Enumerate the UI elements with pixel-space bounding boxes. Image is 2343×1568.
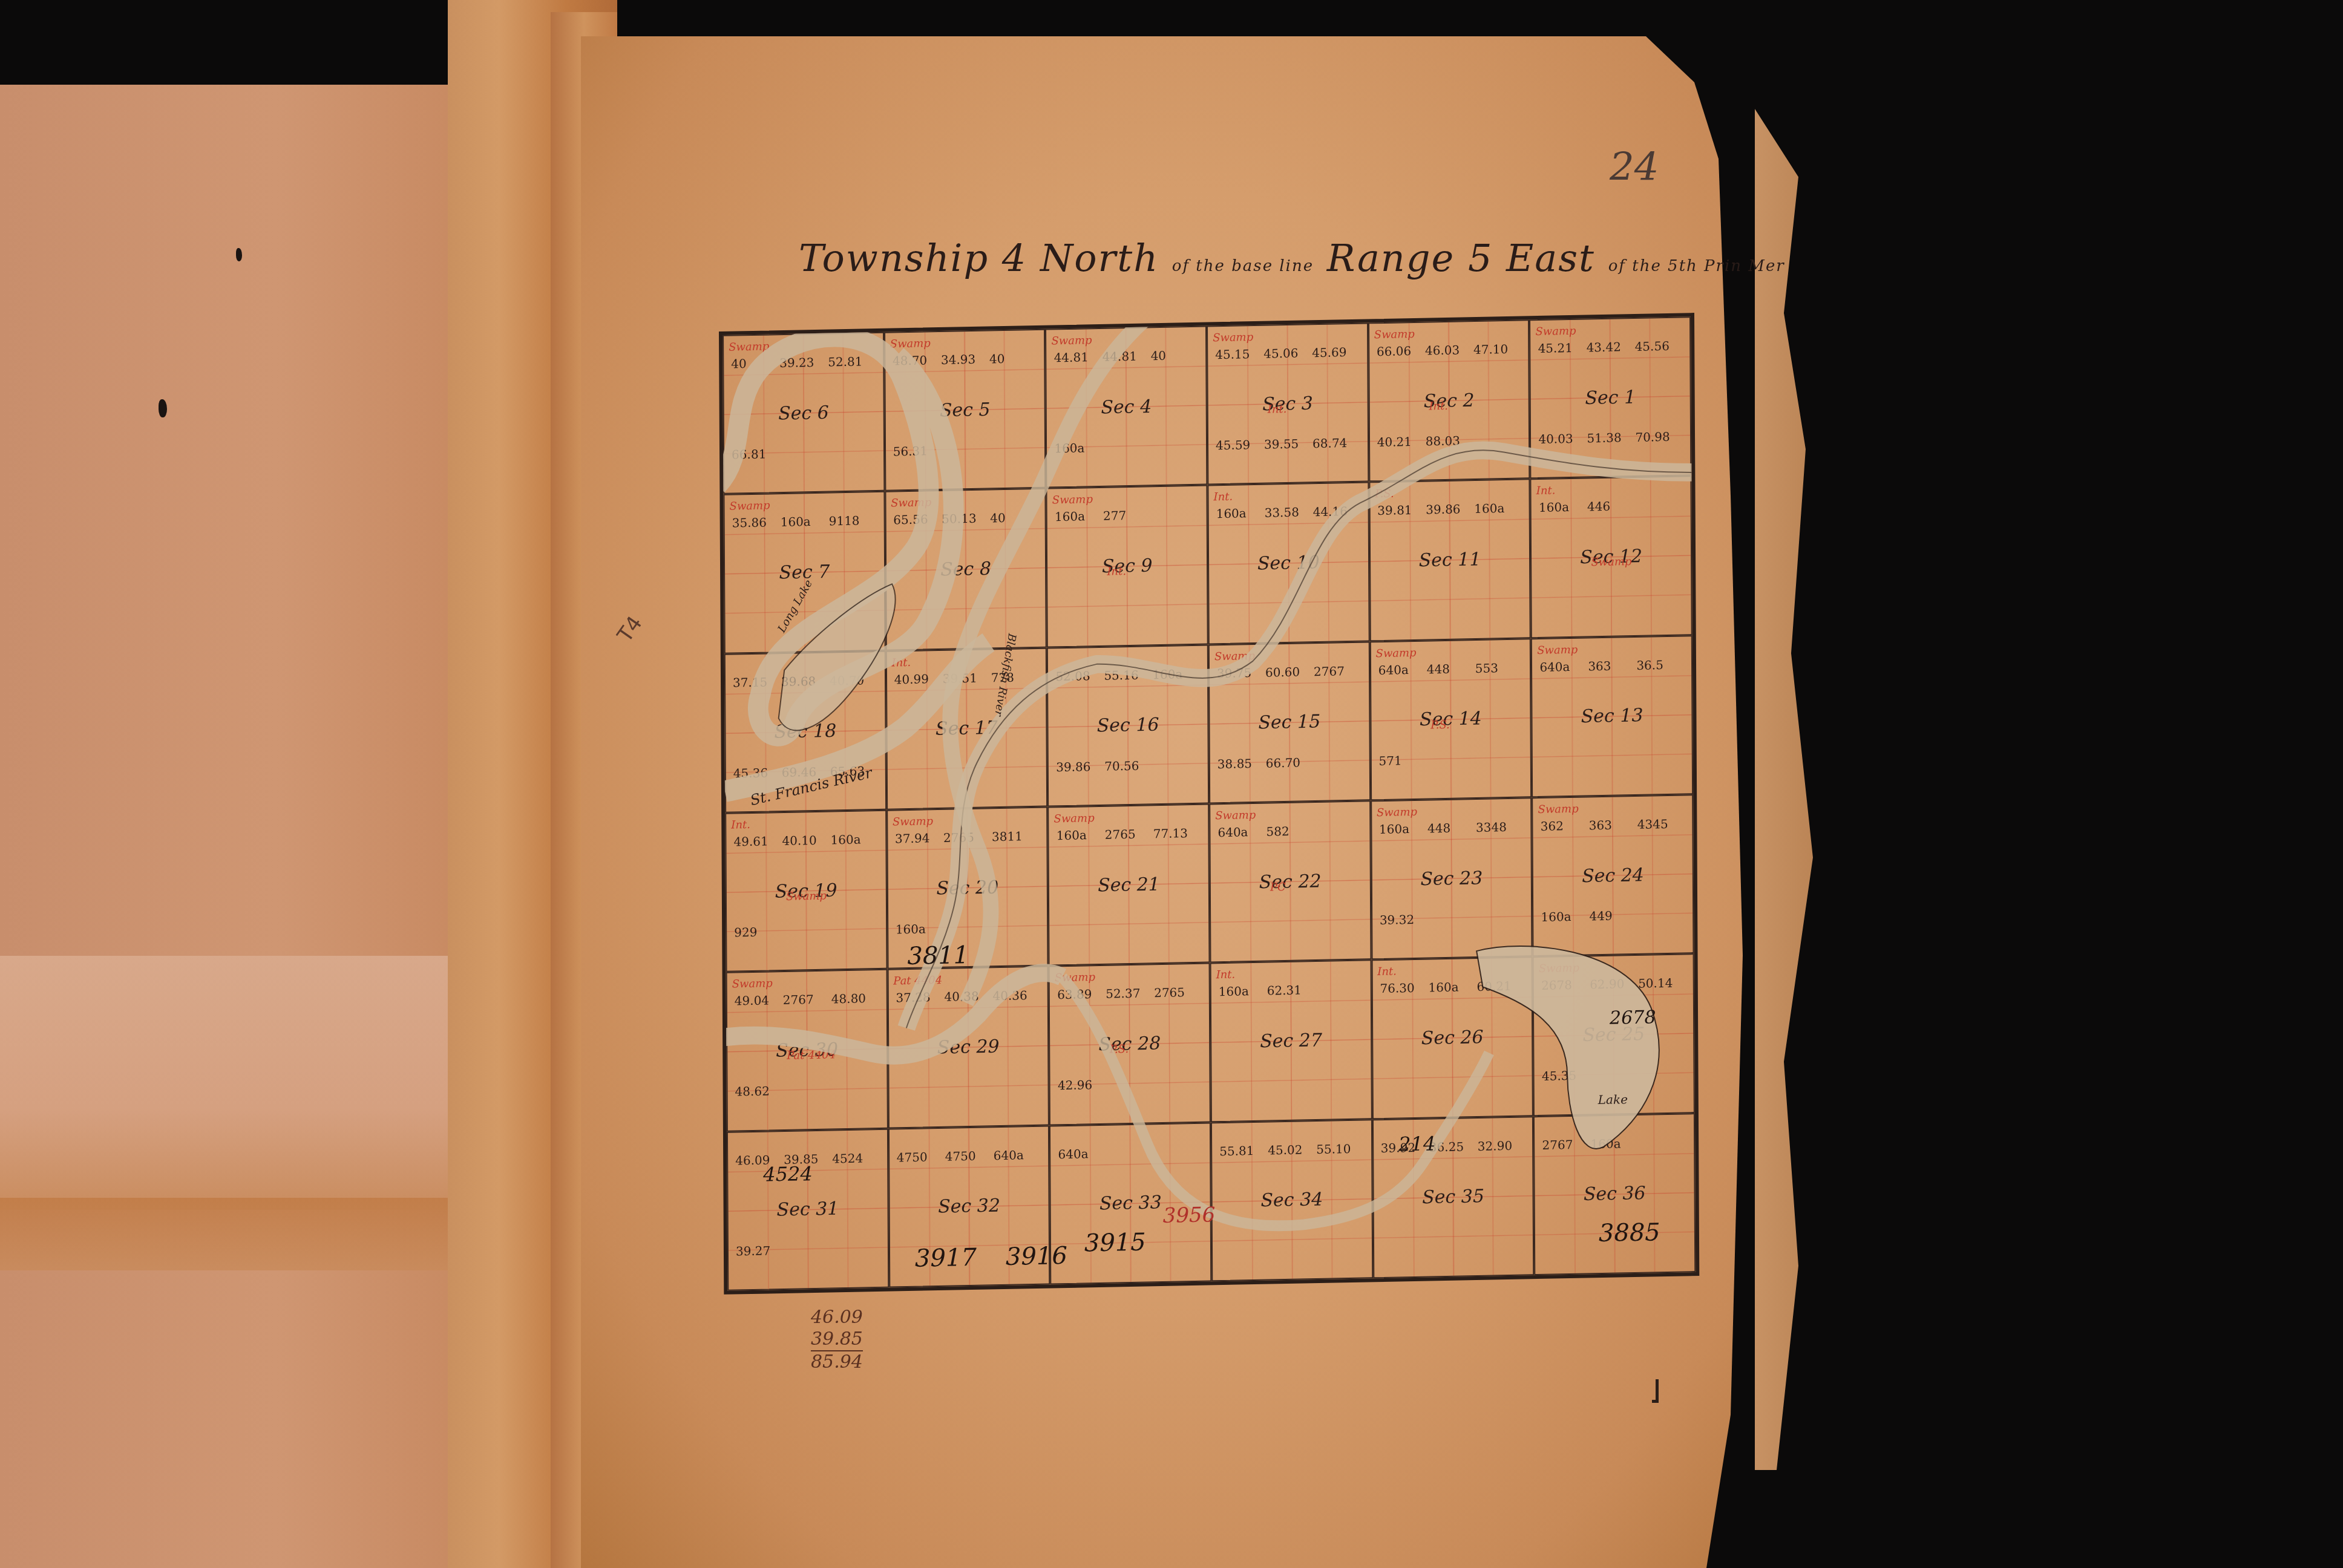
entry-number: 4524 — [763, 1162, 813, 1186]
tract-acreage: 55.81 — [1219, 1143, 1254, 1158]
section-note: Swamp — [1539, 962, 1579, 975]
section-12: Sec 12Int.Swamp160a446 — [1530, 475, 1693, 638]
tract-acreage: 571 — [1378, 753, 1401, 768]
tract-acreage: 4750 — [945, 1149, 976, 1164]
section-note: Swamp — [1054, 812, 1095, 825]
tract-acreage: 2767 — [783, 992, 814, 1007]
tract-acreage: 448 — [1427, 661, 1450, 676]
tract-acreage: 39.86 — [1056, 759, 1090, 774]
tract-acreage: 70.56 — [1104, 758, 1139, 773]
tract-acreage: 76.30 — [1380, 981, 1414, 996]
section-note: Int. — [1213, 491, 1233, 504]
tract-acreage: 45.35 — [1542, 1068, 1576, 1083]
section-label: Sec 16 — [1097, 714, 1159, 737]
tract-acreage: 40.10 — [782, 833, 816, 848]
section-note: Int. — [1377, 965, 1397, 979]
section-note: Int. — [1429, 400, 1448, 413]
tract-acreage: 2765 — [1105, 827, 1136, 842]
tract-acreage: 640a — [1539, 659, 1570, 675]
tract-acreage: 50.13 — [942, 511, 976, 526]
tract-acreage: 52.37 — [1106, 986, 1140, 1001]
section-note: Pat 4404 — [893, 974, 942, 988]
section-label: Sec 24 — [1582, 864, 1644, 887]
tract-acreage: 40 — [731, 356, 747, 371]
tract-acreage: 55.10 — [1316, 1142, 1351, 1157]
tract-acreage: 44.16 — [1313, 504, 1348, 519]
section-label: Sec 20 — [936, 877, 998, 899]
tract-acreage: 47.10 — [1473, 342, 1508, 357]
tract-acreage: 62.31 — [1267, 983, 1302, 998]
section-7: Sec 7Swamp35.86160a9118 — [723, 491, 885, 653]
tract-acreage: 2765 — [1154, 985, 1185, 1001]
tract-acreage: 45.21 — [1538, 341, 1573, 356]
tract-acreage: 2678 — [1541, 978, 1572, 993]
tract-acreage: 640a — [1217, 825, 1248, 840]
section-9: Sec 9SwampInt.160a277 — [1046, 485, 1208, 647]
tract-acreage: 45.36 — [733, 765, 768, 780]
section-note: Swamp — [1535, 325, 1576, 338]
tract-acreage: 160a — [1590, 1136, 1620, 1151]
section-29: Sec 29Pat 440437.2840.3840.36 — [887, 966, 1049, 1128]
tract-acreage: 33.58 — [1265, 505, 1299, 520]
map-title: Township 4 North of the base line Range … — [799, 236, 1682, 290]
page-number: 24 — [1610, 145, 1659, 190]
calc-line: 46.09 — [811, 1307, 863, 1328]
section-2: Sec 2SwampInt.66.0646.0347.1040.2188.03 — [1368, 319, 1530, 482]
entry-number: 2678 — [1610, 1007, 1656, 1028]
tract-acreage: 45.56 — [1635, 339, 1670, 354]
section-11: Sec 11P.S.39.8139.86160a — [1369, 479, 1531, 641]
section-note: Pat 4404 — [787, 1049, 836, 1063]
section-label: Sec 15 — [1258, 711, 1320, 734]
section-35: Sec 3539.9236.2532.90 — [1372, 1116, 1535, 1278]
ink-spot — [159, 399, 167, 417]
section-note: Swamp — [1051, 334, 1092, 347]
tract-acreage: 3811 — [992, 829, 1023, 844]
section-label: Sec 18 — [774, 720, 836, 743]
entry-number: 3917 — [915, 1244, 977, 1273]
township-plat: Sec 6Swamp4039.2352.8166.81Sec 5Swamp48.… — [719, 313, 1699, 1295]
tract-acreage: 45.06 — [1263, 346, 1298, 361]
section-label: Sec 26 — [1421, 1027, 1484, 1049]
tract-acreage: 40.21 — [1377, 434, 1412, 449]
entry-number: 3811 — [907, 941, 969, 970]
title-township-suffix: of the base line — [1172, 257, 1314, 275]
section-label: Sec 31 — [776, 1198, 839, 1221]
tract-acreage: 52.81 — [828, 354, 862, 369]
section-label: Sec 33 — [1099, 1192, 1162, 1215]
section-label: Sec 14 — [1420, 708, 1482, 731]
section-note: Swamp — [893, 815, 933, 828]
tract-acreage: 4524 — [832, 1151, 863, 1166]
tract-acreage: 929 — [734, 925, 757, 940]
section-note: Swamp — [1591, 555, 1631, 569]
tract-acreage: 160a — [1057, 828, 1087, 843]
section-note: Swamp — [1055, 971, 1095, 984]
paper-patch — [0, 956, 460, 1210]
tract-acreage: 3348 — [1476, 820, 1507, 835]
tract-acreage: 40.38 — [944, 989, 978, 1004]
section-label: Sec 8 — [940, 558, 991, 581]
tract-acreage: 9118 — [829, 514, 860, 529]
tract-acreage: 4345 — [1637, 817, 1668, 832]
tract-acreage: 35.86 — [732, 515, 767, 531]
tract-acreage: 160a — [1055, 509, 1085, 524]
tract-acreage: 37.15 — [733, 675, 767, 690]
tract-acreage: 160a — [1428, 980, 1458, 995]
tract-acreage: 553 — [1475, 661, 1498, 676]
section-16: Sec 1652.0855.16160a39.8670.56 — [1047, 644, 1209, 806]
tract-acreage: 160a — [1539, 500, 1569, 515]
section-note: Int. — [1536, 485, 1556, 498]
tract-acreage: 48.70 — [893, 353, 927, 368]
tract-acreage: 40.03 — [1538, 431, 1573, 446]
tract-acreage: 48.80 — [831, 991, 866, 1007]
section-6: Sec 6Swamp4039.2352.8166.81 — [723, 332, 885, 494]
title-township: Township 4 North — [799, 236, 1159, 280]
calc-total: 85.94 — [811, 1350, 863, 1373]
section-15: Sec 15Swamp39.7560.60276738.8566.70 — [1208, 641, 1371, 803]
section-label: Sec 36 — [1584, 1183, 1646, 1205]
section-28: Sec 28SwampP.S.63.8952.37276542.96 — [1049, 963, 1211, 1125]
tract-acreage: 160a — [896, 921, 926, 936]
tract-acreage: 52.08 — [1055, 668, 1090, 684]
section-34: Sec 3455.8145.0255.10 — [1211, 1119, 1373, 1281]
section-note: Swamp — [786, 890, 827, 903]
tract-acreage: 39.81 — [1377, 503, 1412, 518]
tract-acreage: 49.61 — [733, 834, 768, 849]
tract-acreage: 44.81 — [1054, 350, 1089, 365]
tract-acreage: 38.85 — [1217, 756, 1252, 771]
section-25: Sec 25Swamp267862.9050.1445.35 — [1533, 953, 1695, 1116]
section-1: Sec 1Swamp45.2143.4245.5640.0351.3870.98 — [1529, 316, 1691, 479]
section-note: Swamp — [1375, 647, 1416, 660]
section-grid: Sec 6Swamp4039.2352.8166.81Sec 5Swamp48.… — [723, 316, 1696, 1291]
tract-acreage: 39.68 — [781, 674, 816, 689]
tract-acreage: 160a — [1541, 909, 1571, 924]
calc-line: 39.85 — [811, 1328, 863, 1350]
tract-acreage: 640a — [994, 1148, 1024, 1163]
section-label: Sec 23 — [1420, 867, 1483, 890]
section-3: Sec 3SwampInt.45.1545.0645.6945.5939.556… — [1207, 322, 1369, 485]
tract-acreage: 160a — [1216, 506, 1247, 521]
margin-calculation: 46.09 39.85 85.94 — [811, 1307, 863, 1373]
section-27: Sec 27Int.160a62.31 — [1210, 960, 1372, 1122]
tract-acreage: 56.31 — [893, 443, 928, 459]
tract-acreage: 45.59 — [1216, 437, 1250, 452]
tract-acreage: 2767 — [1542, 1137, 1573, 1152]
section-17: Sec 17Int.40.9939.51778 — [885, 647, 1047, 809]
tract-acreage: 66.06 — [1377, 344, 1411, 359]
tract-acreage: 40.36 — [992, 988, 1027, 1004]
tract-acreage: 446 — [1587, 499, 1610, 514]
section-note: PC — [1270, 881, 1286, 893]
section-label: Sec 35 — [1422, 1186, 1484, 1209]
tract-acreage: 45.69 — [1312, 345, 1346, 360]
section-note: P.S. — [1110, 1043, 1129, 1056]
tract-acreage: 60.60 — [1265, 664, 1300, 679]
section-24: Sec 24Swamp3623634345160a449 — [1532, 794, 1694, 956]
section-note: Int. — [1107, 565, 1126, 578]
section-note: Int. — [891, 656, 911, 670]
section-26: Sec 26Int.76.30160a60.21 — [1371, 957, 1533, 1119]
water-stain — [0, 1198, 460, 1270]
section-label: Sec 5 — [940, 399, 991, 422]
tract-acreage: 2765 — [943, 830, 974, 845]
tract-acreage: 42.96 — [1058, 1077, 1092, 1093]
tract-acreage: 88.03 — [1426, 433, 1460, 448]
section-13: Sec 13Swamp640a36336.5 — [1531, 635, 1693, 797]
tract-acreage: 44.81 — [1103, 349, 1137, 364]
entry-number: 3915 — [1084, 1228, 1146, 1257]
tract-acreage: 640a — [1058, 1146, 1088, 1161]
tract-acreage: 77.13 — [1153, 826, 1188, 841]
tract-acreage: 60.21 — [1476, 979, 1511, 994]
section-label: Sec 10 — [1257, 552, 1320, 574]
tract-acreage: 160a — [830, 832, 860, 848]
tract-acreage: 40.99 — [894, 671, 929, 687]
section-5: Sec 5Swamp48.7034.934056.31 — [884, 329, 1046, 491]
section-label: Sec 27 — [1260, 1030, 1322, 1052]
tract-acreage: 68.74 — [1312, 436, 1347, 451]
tract-acreage: 160a — [1474, 501, 1504, 516]
tract-acreage: 45.15 — [1215, 347, 1250, 362]
tract-acreage: 449 — [1589, 909, 1612, 924]
tract-acreage: 62.90 — [1590, 977, 1624, 992]
section-label: Sec 11 — [1419, 549, 1481, 571]
corner-mark — [1652, 1379, 1659, 1403]
entry-number: 3885 — [1599, 1218, 1660, 1247]
tract-acreage: 39.23 — [779, 355, 814, 370]
tract-acreage: 448 — [1427, 821, 1450, 836]
tract-acreage: 362 — [1541, 818, 1564, 834]
section-label: Sec 13 — [1581, 705, 1643, 728]
tract-acreage: 160a — [1152, 667, 1182, 682]
section-note: Swamp — [732, 978, 773, 991]
tract-acreage: 66.70 — [1266, 755, 1300, 770]
section-note: Swamp — [1215, 809, 1256, 822]
entry-number: 3956 — [1163, 1203, 1216, 1228]
section-36: Sec 362767160a — [1533, 1113, 1696, 1275]
entry-number: 214 — [1398, 1132, 1435, 1155]
section-note: Swamp — [729, 340, 769, 353]
tract-acreage: 160a — [1219, 984, 1249, 999]
section-note: Swamp — [890, 337, 931, 350]
section-note: Int. — [1268, 403, 1287, 416]
section-label: Sec 32 — [938, 1195, 1000, 1218]
tract-acreage: 363 — [1588, 658, 1611, 673]
tract-acreage: 39.75 — [1217, 665, 1251, 681]
tract-acreage: 160a — [1379, 822, 1409, 837]
section-note: Int. — [731, 818, 750, 832]
section-note: P.S. — [1430, 718, 1450, 731]
title-range: Range 5 East — [1327, 236, 1595, 280]
section-label: Sec 1 — [1585, 387, 1636, 409]
label-lake: Lake — [1598, 1092, 1628, 1107]
tract-acreage: 40 — [990, 511, 1006, 525]
section-label: Sec 17 — [936, 717, 998, 740]
section-note: Int. — [1216, 969, 1236, 982]
tract-acreage: 32.90 — [1478, 1138, 1512, 1154]
tract-acreage: 46.03 — [1425, 342, 1460, 358]
tract-acreage: 43.42 — [1587, 339, 1621, 354]
section-8: Sec 8Swamp65.5650.1340 — [885, 488, 1047, 650]
section-4: Sec 4Swamp44.8144.8140160a — [1045, 326, 1207, 488]
tract-acreage: 49.04 — [735, 993, 769, 1008]
section-19: Sec 19Int.Swamp49.6140.10160a929 — [725, 810, 887, 972]
tract-acreage: 66.81 — [732, 446, 766, 462]
tract-acreage: 39.51 — [943, 670, 977, 685]
section-label: Sec 22 — [1259, 871, 1322, 893]
left-page — [0, 85, 460, 1568]
section-label: Sec 6 — [778, 402, 829, 425]
section-note: Swamp — [1377, 806, 1417, 819]
section-note: Swamp — [1538, 803, 1579, 816]
tract-acreage: 39.86 — [1426, 502, 1460, 517]
section-note: Swamp — [1213, 331, 1253, 344]
tract-acreage: 4750 — [897, 1149, 928, 1165]
section-note: Swamp — [729, 500, 770, 513]
tract-acreage: 40.70 — [830, 673, 864, 688]
tract-acreage: 640a — [1378, 662, 1409, 678]
tract-acreage: 45.02 — [1268, 1142, 1302, 1157]
entry-number: 3916 — [1006, 1242, 1067, 1271]
tract-acreage: 160a — [1054, 440, 1084, 456]
page-edge-tabs — [1755, 109, 1827, 1470]
section-note: Swamp — [1374, 328, 1415, 341]
tract-acreage: 37.28 — [896, 990, 930, 1005]
section-label: Sec 21 — [1098, 874, 1160, 896]
section-note: P.S. — [1375, 488, 1394, 501]
tract-acreage: 160a — [781, 514, 811, 529]
tract-acreage: 37.94 — [895, 831, 929, 846]
section-23: Sec 23Swamp160a448334839.32 — [1371, 797, 1533, 959]
tract-acreage: 39.27 — [736, 1243, 770, 1258]
section-note: Swamp — [1214, 650, 1255, 663]
tract-acreage: 65.56 — [893, 512, 928, 528]
section-label: Sec 28 — [1098, 1033, 1161, 1055]
tract-acreage: 582 — [1266, 824, 1289, 839]
section-14: Sec 14SwampP.S.640a448553571 — [1369, 638, 1532, 800]
section-22: Sec 22SwampPC640a582 — [1209, 800, 1371, 962]
tract-acreage: 70.98 — [1635, 430, 1670, 445]
tract-acreage: 40 — [989, 351, 1005, 366]
section-30: Sec 30SwampPat 440449.04276748.8048.62 — [726, 969, 888, 1131]
ink-spot — [236, 248, 242, 261]
section-10: Sec 10Int.160a33.5844.16 — [1207, 482, 1369, 644]
section-note: Swamp — [1052, 493, 1093, 506]
tract-acreage: 277 — [1103, 508, 1126, 523]
section-note: Swamp — [891, 497, 931, 510]
section-label: Sec 34 — [1260, 1189, 1323, 1212]
section-note: Swamp — [1537, 643, 1578, 656]
tract-acreage: 34.93 — [941, 352, 975, 367]
tract-acreage: 51.38 — [1587, 430, 1621, 445]
tract-acreage: 36.5 — [1636, 658, 1663, 673]
tract-acreage: 363 — [1589, 818, 1612, 833]
section-label: Sec 4 — [1101, 396, 1152, 418]
title-range-suffix: of the 5th Prin Mer — [1608, 257, 1785, 275]
tract-acreage: 2767 — [1314, 664, 1345, 679]
tract-acreage: 48.62 — [735, 1084, 770, 1099]
tract-acreage: 50.14 — [1638, 976, 1673, 991]
section-21: Sec 21Swamp160a276577.13 — [1047, 803, 1210, 965]
tract-acreage: 63.89 — [1057, 987, 1092, 1002]
tract-acreage: 39.32 — [1380, 912, 1414, 927]
tract-acreage: 39.55 — [1264, 437, 1299, 452]
tract-acreage: 40 — [1151, 348, 1167, 363]
section-label: Sec 29 — [937, 1036, 1000, 1059]
section-31: Sec 3146.0939.85452439.27 — [727, 1128, 889, 1290]
tract-acreage: 55.16 — [1104, 667, 1138, 682]
